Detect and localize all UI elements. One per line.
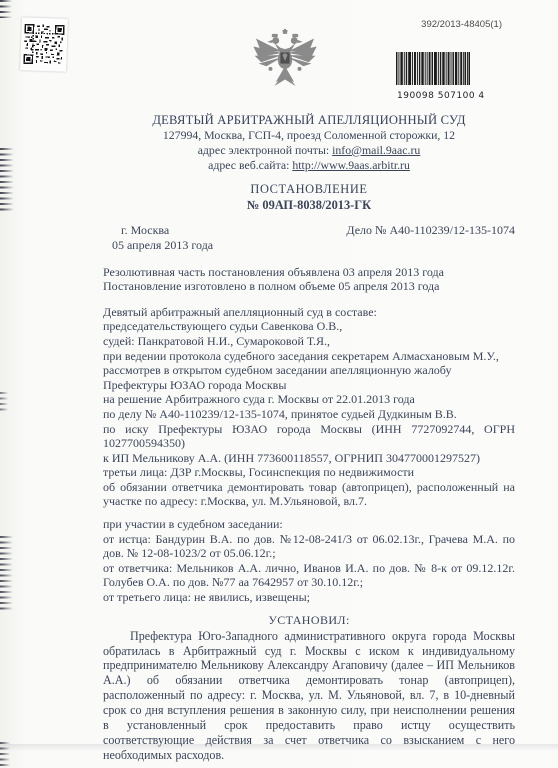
resolutive-block: Резолютивная часть постановления объявле… — [103, 265, 515, 294]
resolutive-line: Резолютивная часть постановления объявле… — [103, 265, 515, 280]
composition-line: Девятый арбитражный апелляционный суд в … — [103, 305, 515, 320]
court-composition: Девятый арбитражный апелляционный суд в … — [103, 305, 515, 509]
court-address: 127994, Москва, ГСП-4, проезд Соломенной… — [103, 128, 515, 143]
scan-edge-artifact — [0, 0, 13, 18]
attendance-block: при участии в судебном заседании: от ист… — [103, 517, 515, 605]
qr-code-icon — [20, 17, 68, 72]
case-number: Дело № А40-110239/12-135-1074 — [346, 223, 515, 238]
parties-line: третьи лица: ДЗР г.Москвы, Госинспекция … — [103, 465, 515, 480]
attendance-line: от истца: Бандурин В.А. по дов. №12-08-2… — [103, 532, 515, 547]
main-paragraph: Префектура Юго-Западного административно… — [103, 629, 515, 763]
scan-edge-artifact — [0, 536, 14, 612]
city-label: г. Москва — [103, 223, 169, 238]
parties-line: об обязании ответчика демонтировать това… — [103, 480, 515, 495]
composition-line: по делу № А40-110239/12-135-1074, принят… — [103, 407, 515, 422]
attendance-line: дов. № 12-08-1023/2 от 05.06.12г.; — [103, 546, 515, 561]
court-name: ДЕВЯТЫЙ АРБИТРАЖНЫЙ АПЕЛЛЯЦИОННЫЙ СУД — [103, 113, 515, 128]
parties-line: 1027700594350) — [103, 436, 515, 451]
attendance-line: от третьего лица: не явились, извещены; — [103, 590, 515, 605]
court-header: ДЕВЯТЫЙ АРБИТРАЖНЫЙ АПЕЛЛЯЦИОННЫЙ СУД 12… — [103, 113, 515, 172]
email-label: адрес электронной почты: — [198, 143, 332, 157]
composition-line: судей: Панкратовой Н.И., Сумароковой Т.Я… — [103, 334, 515, 349]
attendance-line: Голубев О.А. по дов. №77 аа 7642957 от 3… — [103, 575, 515, 590]
composition-line: председательствующего судьи Савенкова О.… — [103, 319, 515, 334]
website-row: адрес веб.сайта: http://www.9aas.arbitr.… — [103, 158, 515, 173]
website-link[interactable]: http://www.9aas.arbitr.ru — [292, 158, 410, 172]
hearing-date: 05 апреля 2013 года — [103, 238, 515, 253]
attendance-line: от ответчика: Мельников А.А. лично, Иван… — [103, 561, 515, 576]
parties-line: участке по адресу: г.Москва, ул. М.Ульян… — [103, 494, 515, 509]
composition-line: на решение Арбитражного суда г. Москвы о… — [103, 392, 515, 407]
ruling-heading: УСТАНОВИЛ: — [103, 612, 515, 628]
parties-line: по иску Префектуры ЮЗАО города Москвы (И… — [103, 422, 515, 437]
parties-line: к ИП Мельникову А.А. (ИНН 773600118557, … — [103, 451, 515, 466]
scan-edge-artifact — [0, 392, 9, 412]
document-number: № 09АП-8038/2013-ГК — [103, 197, 515, 213]
email-link[interactable]: info@mail.9aac.ru — [332, 143, 420, 157]
composition-line: рассмотрев в открытом судебном заседании… — [103, 363, 515, 378]
website-label: адрес веб.сайта: — [208, 158, 292, 172]
email-row: адрес электронной почты: info@mail.9aac.… — [103, 143, 515, 158]
scan-edge-artifact — [0, 148, 15, 214]
attendance-line: при участии в судебном заседании: — [103, 517, 515, 532]
title-block: ПОСТАНОВЛЕНИЕ № 09АП-8038/2013-ГК — [103, 181, 515, 213]
document-body: ДЕВЯТЫЙ АРБИТРАЖНЫЙ АПЕЛЛЯЦИОННЫЙ СУД 12… — [103, 0, 515, 768]
meta-row: г. Москва Дело № А40-110239/12-135-1074 — [103, 223, 515, 238]
composition-line: при ведении протокола судебного заседани… — [103, 349, 515, 364]
document-type-title: ПОСТАНОВЛЕНИЕ — [103, 181, 515, 197]
resolutive-line: Постановление изготовлено в полном объем… — [103, 279, 515, 294]
scanned-court-document-page: 392/2013-48405(1) 190098 507100 4 ДЕВЯТЫ… — [0, 0, 558, 768]
composition-line: Префектуры ЮЗАО города Москвы — [103, 378, 515, 393]
